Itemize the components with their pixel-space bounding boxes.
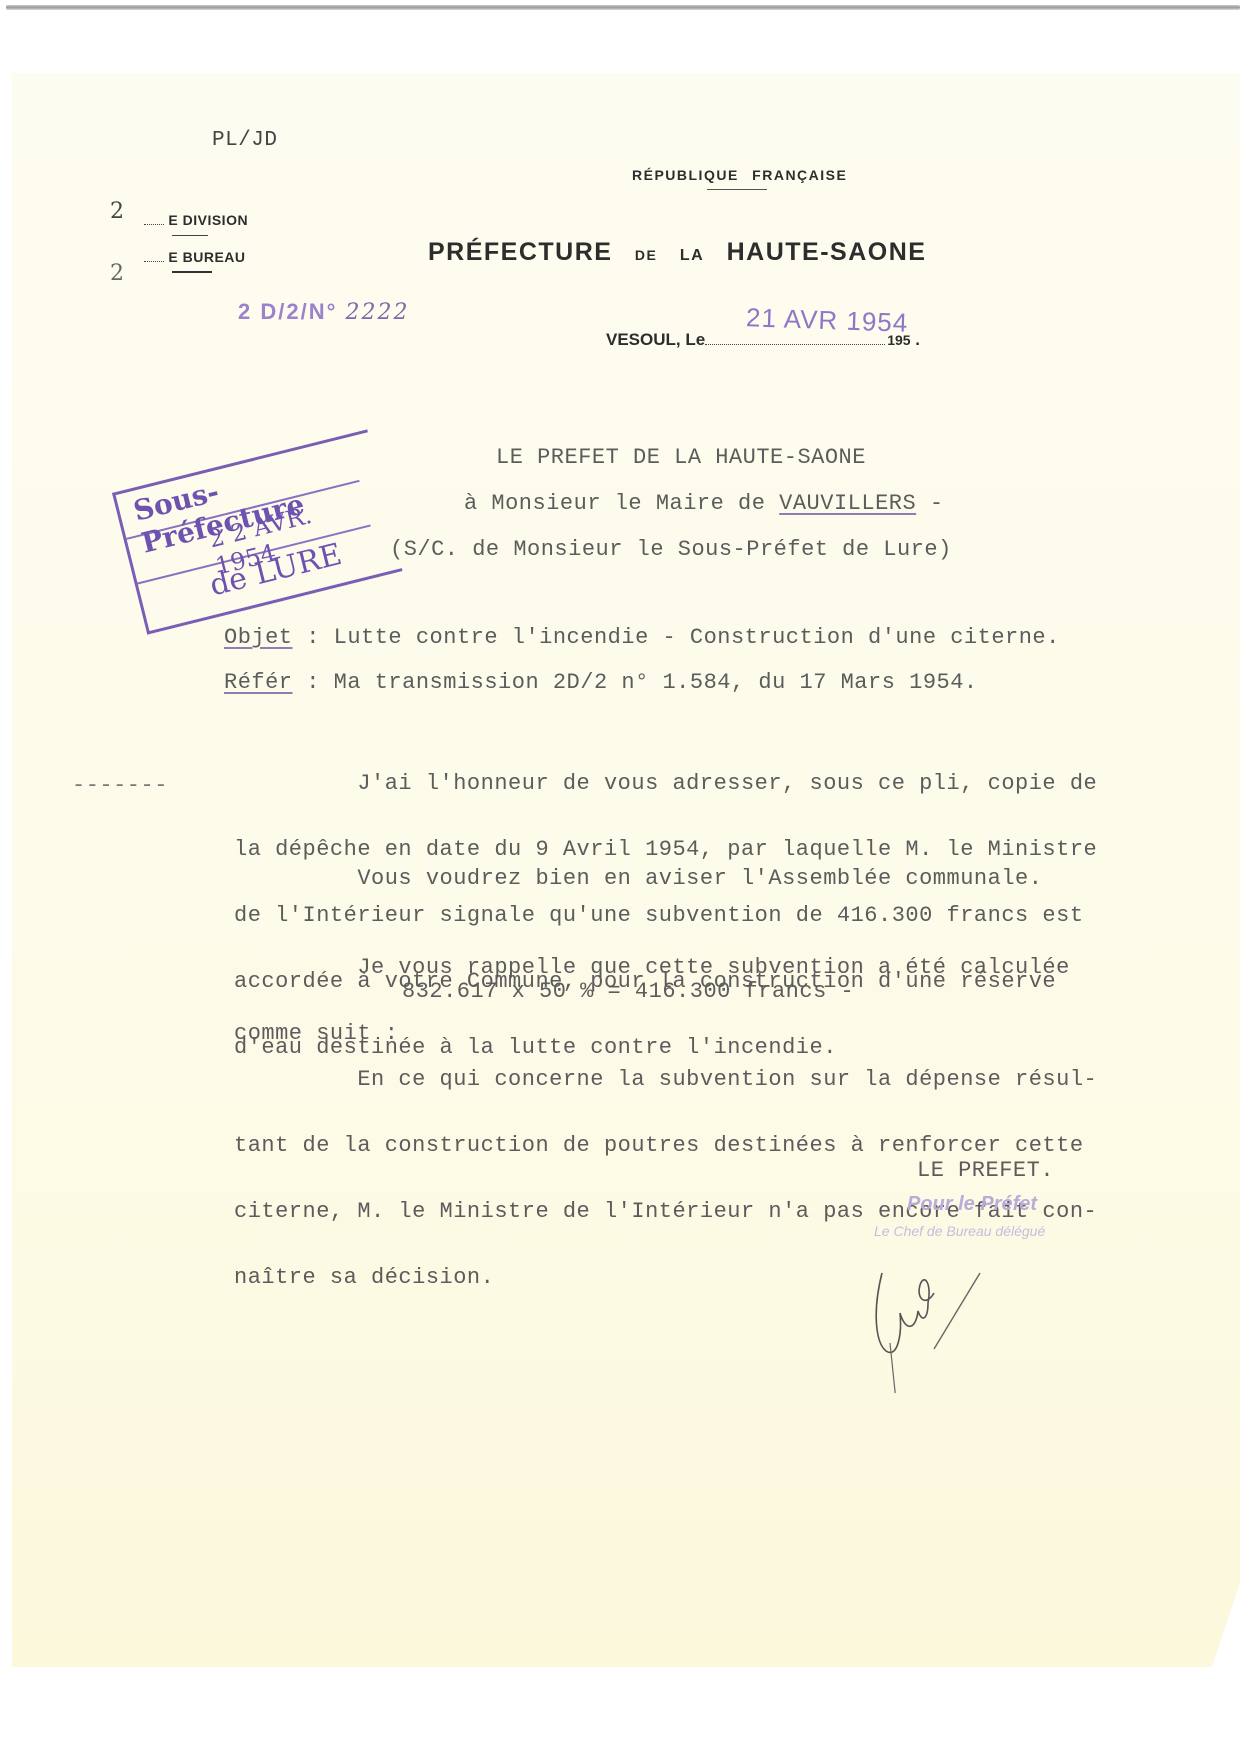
- paragraph-2: Vous voudrez bien en aviser l'Assemblée …: [234, 868, 1134, 890]
- prefecture-heading: PRÉFECTURE DE LA HAUTE-SAONE: [428, 238, 926, 267]
- division-rule: [172, 235, 208, 236]
- date-stamp: 21 AVR 1954: [746, 302, 909, 339]
- received-stamp: Sous-Préfecture 2 2 AVR. 1954 de LURE: [112, 429, 403, 634]
- viewer-top-bar: [6, 5, 1240, 10]
- republic-rule: [707, 189, 767, 190]
- bureau-number: 2: [110, 261, 124, 286]
- subject-line: Objet : Lutte contre l'incendie - Constr…: [224, 625, 1060, 650]
- via-line: (S/C. de Monsieur le Sous-Préfet de Lure…: [390, 537, 952, 562]
- handwritten-signature-icon: [862, 1233, 1002, 1393]
- document-page: PL/JD RÉPUBLIQUE FRANÇAISE 2 E DIVISION …: [12, 73, 1240, 1667]
- bureau-label: E BUREAU: [144, 249, 246, 265]
- margin-dashes: -------: [72, 773, 168, 798]
- republic-heading: RÉPUBLIQUE FRANÇAISE: [632, 167, 847, 183]
- reference-line: Référ : Ma transmission 2D/2 n° 1.584, d…: [224, 670, 978, 695]
- handwritten-reference-number: 2222: [346, 300, 410, 325]
- sender-line: LE PREFET DE LA HAUTE-SAONE: [496, 445, 866, 470]
- signature-stamp-line-1: Pour le Préfet: [907, 1193, 1037, 1216]
- calculation-line: 832.617 x 50 % = 416.300 francs -: [402, 979, 854, 1004]
- division-number: 2: [110, 199, 124, 224]
- bureau-rule: [172, 271, 212, 273]
- recipient-line: à Monsieur le Maire de VAUVILLERS -: [464, 491, 944, 516]
- division-label: E DIVISION: [144, 212, 248, 228]
- signature-title: LE PREFET.: [917, 1158, 1054, 1183]
- reference-initials: PL/JD: [212, 129, 278, 152]
- reference-number-stamp: 2 D/2/N° 2222: [238, 299, 410, 325]
- recipient-commune: VAUVILLERS: [779, 491, 916, 516]
